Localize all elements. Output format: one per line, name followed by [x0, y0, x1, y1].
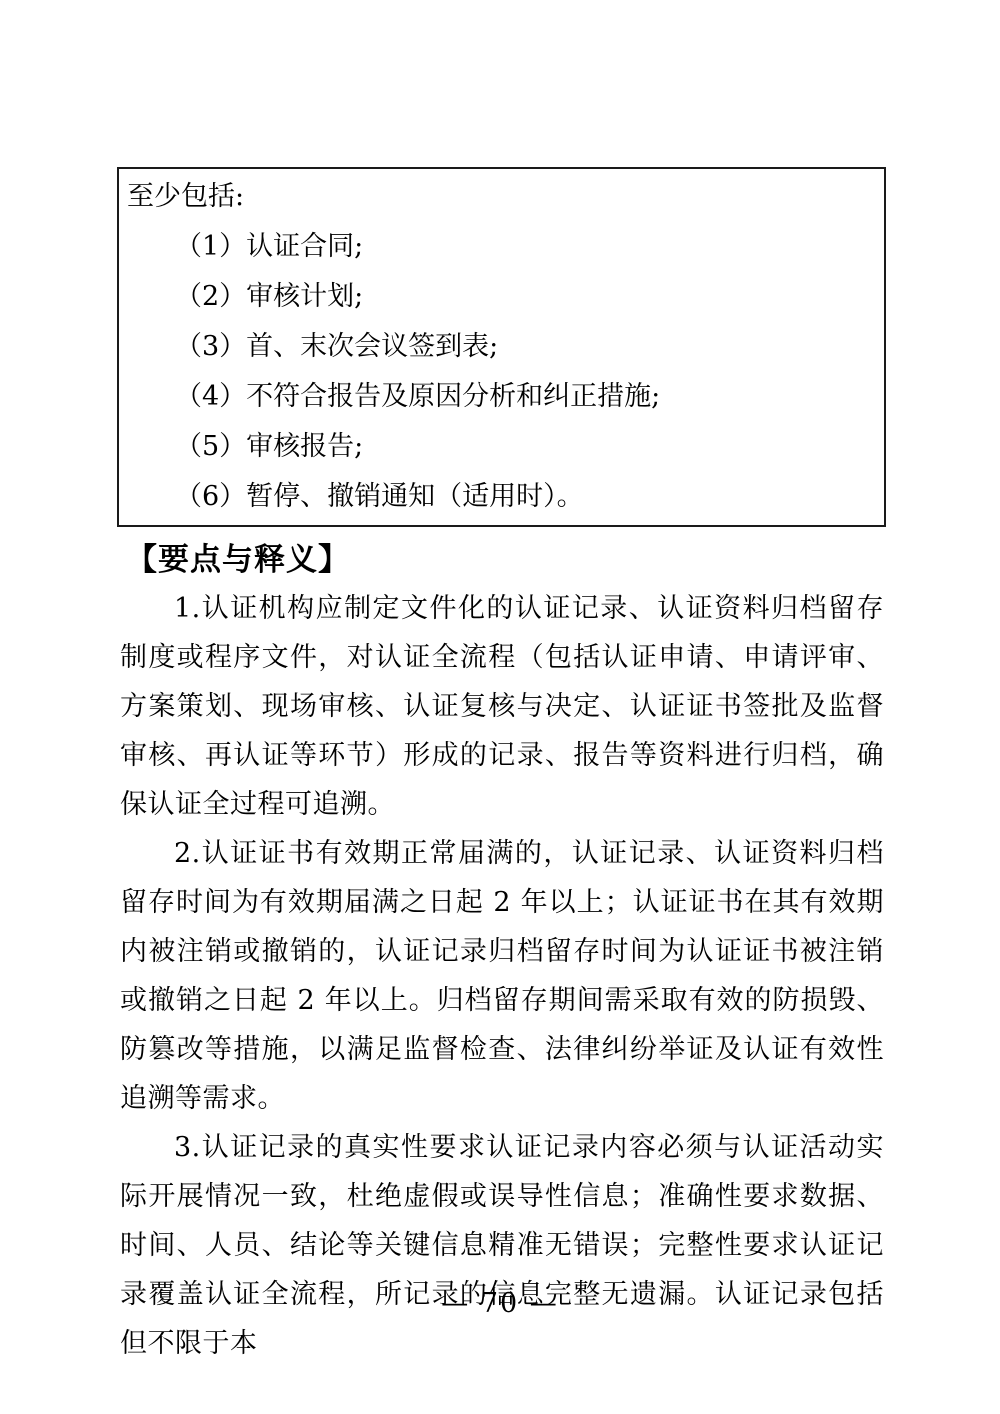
box-item-5: （5）审核报告; — [127, 422, 876, 472]
box-item-3: （3）首、末次会议签到表; — [127, 322, 876, 372]
box-item-4: （4）不符合报告及原因分析和纠正措施; — [127, 372, 876, 422]
section-heading: 【要点与释义】 — [126, 534, 350, 579]
box-intro-line: 至少包括: — [127, 172, 876, 222]
paragraph-2: 2.认证证书有效期正常届满的，认证记录、认证资料归档留存时间为有效期届满之日起 … — [120, 829, 884, 1123]
box-item-6: （6）暂停、撤销通知（适用时）。 — [127, 472, 876, 522]
paragraph-1: 1.认证机构应制定文件化的认证记录、认证资料归档留存制度或程序文件，对认证全流程… — [120, 584, 884, 829]
page-number: — 70 — — [0, 1288, 1000, 1319]
content-box: 至少包括: （1）认证合同; （2）审核计划; （3）首、末次会议签到表; （4… — [117, 167, 886, 527]
body-text: 1.认证机构应制定文件化的认证记录、认证资料归档留存制度或程序文件，对认证全流程… — [120, 584, 884, 1368]
document-page: 至少包括: （1）认证合同; （2）审核计划; （3）首、末次会议签到表; （4… — [0, 0, 1000, 1414]
paragraph-3: 3.认证记录的真实性要求认证记录内容必须与认证活动实际开展情况一致，杜绝虚假或误… — [120, 1123, 884, 1368]
box-item-2: （2）审核计划; — [127, 272, 876, 322]
box-item-1: （1）认证合同; — [127, 222, 876, 272]
